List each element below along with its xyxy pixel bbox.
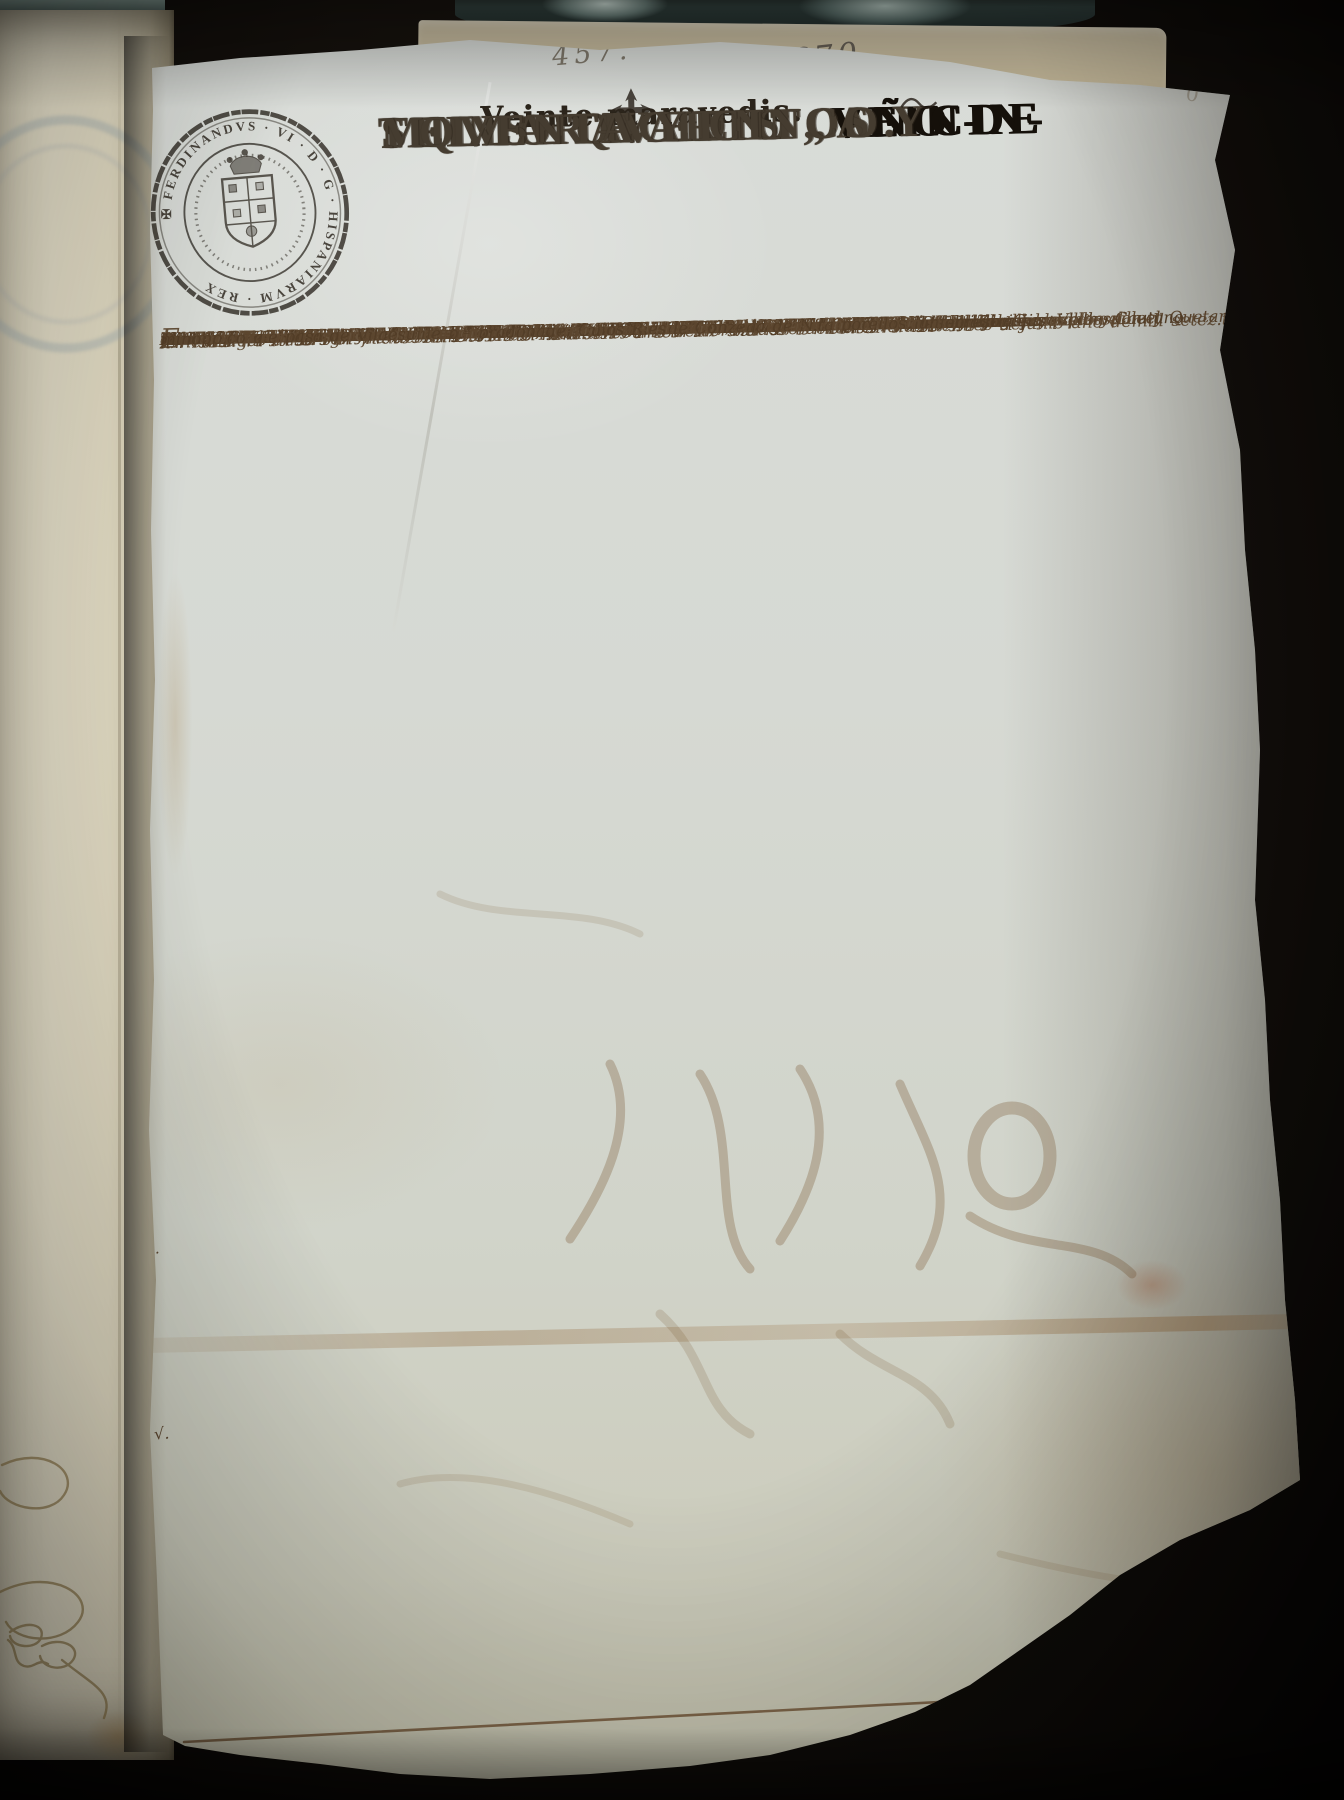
manuscript-photo: 670. ✠ FERDINANDVS · VI · D · G · HISPAN… (0, 0, 1344, 1800)
stain (1115, 1259, 1189, 1311)
document-page: ✠ FERDINANDVS · VI · D · G · HISPANIARVM… (140, 34, 1305, 1784)
royal-seal-ferdinand-vi-icon: ✠ FERDINANDVS · VI · D · G · HISPANIARVM… (137, 97, 363, 328)
stain-streak (140, 1314, 1300, 1353)
stain (158, 574, 192, 874)
sello-line-4: QVENTA Y CINCO. (380, 93, 900, 162)
paraph-flourish-icon (899, 92, 939, 115)
paper-crease (391, 82, 491, 634)
edge-mark: 0 (1184, 81, 1201, 107)
margin-mark: √. (153, 1423, 170, 1443)
sello-title: SELLO QVARTO , VEIN- TE MARAVEDIS , AÑO … (380, 87, 1170, 105)
seal-coat-of-arms (220, 148, 278, 249)
